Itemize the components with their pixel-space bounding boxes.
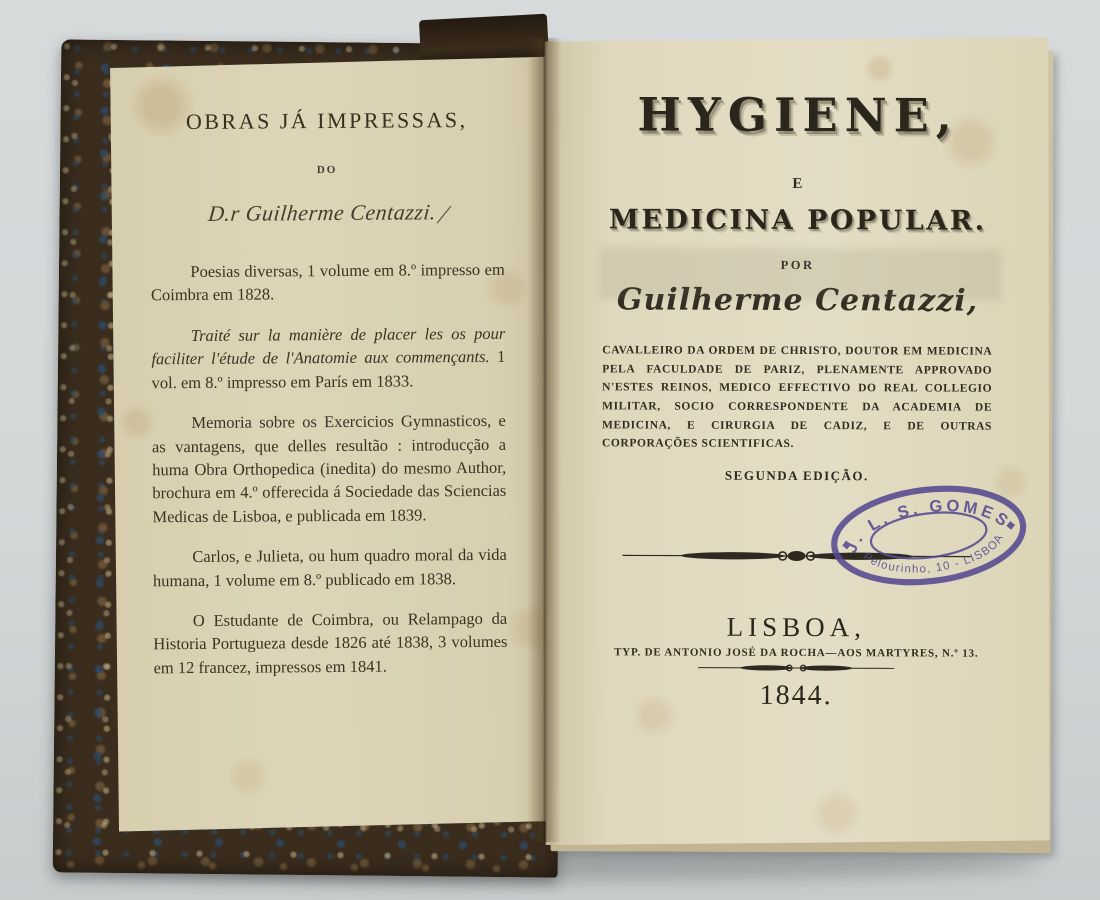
paragraph-text: O Estudante de Coimbra, ou Relampago da … xyxy=(153,609,507,677)
publisher-imprint: TYP. DE ANTONIO JOSÉ DA ROCHA—AOS MARTYR… xyxy=(542,646,1050,660)
left-page-heading: OBRAS JÁ IMPRESSAS, xyxy=(150,107,504,135)
bibliography-paragraph: O Estudante de Coimbra, ou Relampago da … xyxy=(153,607,507,680)
author-signature: D.r Guilherme Centazzi.⁄ xyxy=(149,199,506,232)
publisher-city: LISBOA, xyxy=(542,611,1050,644)
paragraph-text: Memoria sobre os Exercicios Gymnasticos,… xyxy=(152,411,506,526)
left-page: OBRAS JÁ IMPRESSAS, DO D.r Guilherme Cen… xyxy=(107,56,564,831)
signature-flourish: ⁄ xyxy=(434,200,448,229)
book-subtitle: MEDICINA POPULAR. xyxy=(544,204,1052,237)
paragraph-text: Poesias diversas, 1 volume em 8.º impres… xyxy=(151,260,505,305)
ownership-stamp: J. L. S. GOMES Pelourinho, 10 - LISBOA xyxy=(820,473,1037,599)
page-showthrough xyxy=(599,247,1001,300)
bibliography-paragraph: Carlos, e Julieta, ou hum quadro moral d… xyxy=(153,543,507,592)
bibliography-list: Poesias diversas, 1 volume em 8.º impres… xyxy=(151,258,508,680)
gutter-shadow xyxy=(527,38,561,842)
paragraph-text: Carlos, e Julieta, ou hum quadro moral d… xyxy=(153,545,507,590)
author-signature-text: D.r Guilherme Centazzi. xyxy=(207,199,437,226)
bibliography-paragraph: Poesias diversas, 1 volume em 8.º impres… xyxy=(151,258,505,307)
bibliography-paragraph: Traité sur la manière de placer les os p… xyxy=(151,322,505,395)
photo-background: OBRAS JÁ IMPRESSAS, DO D.r Guilherme Cen… xyxy=(0,0,1100,900)
title-conjunction: E xyxy=(544,175,1052,194)
bibliography-paragraph: Memoria sobre os Exercicios Gymnasticos,… xyxy=(152,409,507,529)
small-divider-ornament xyxy=(696,661,896,674)
left-page-subheading: DO xyxy=(150,163,504,177)
right-page-title-page: HYGIENE, E MEDICINA POPULAR. POR Guilher… xyxy=(542,35,1053,847)
paragraph-italic-text: Traité sur la manière de placer les os p… xyxy=(151,324,505,369)
author-credentials: CAVALLEIRO DA ORDEM DE CHRISTO, DOUTOR E… xyxy=(602,341,992,454)
publication-year: 1844. xyxy=(542,679,1050,713)
book-title: HYGIENE, xyxy=(544,35,1052,143)
